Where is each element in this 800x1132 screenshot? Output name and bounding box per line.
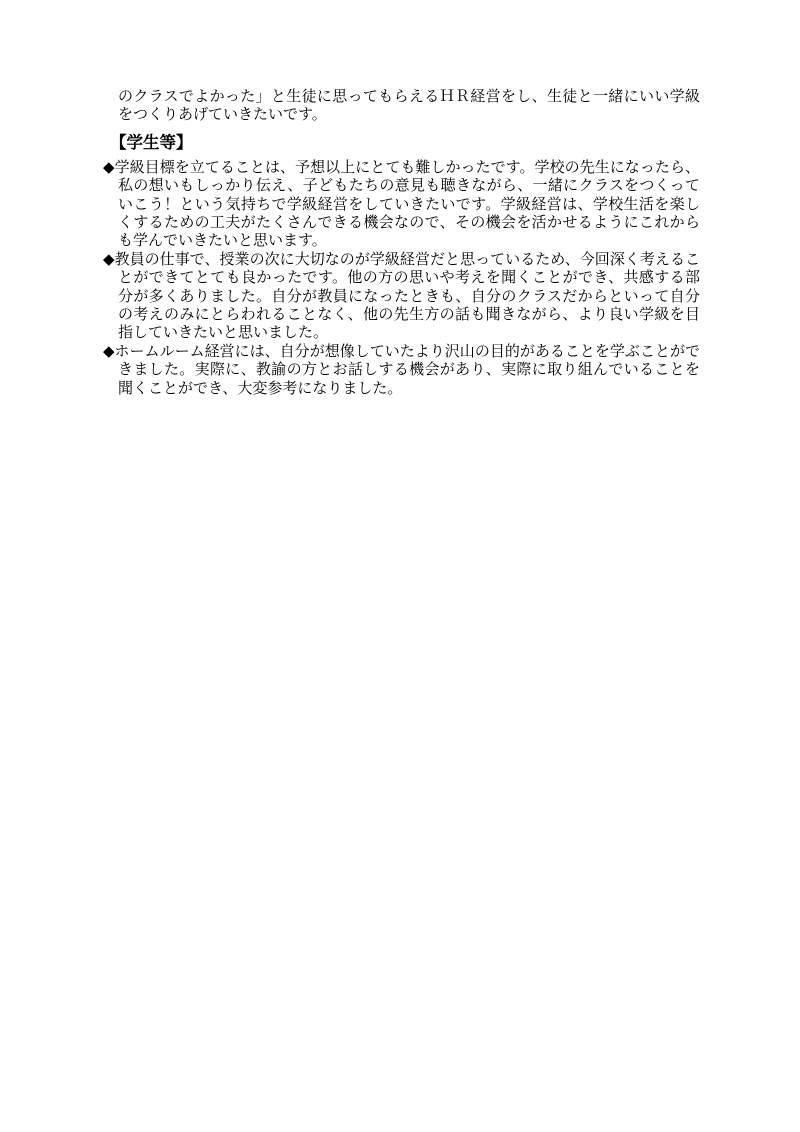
bullet-text-3: ホームルーム経営には、自分が想像していたより沢山の目的があることを学ぶことができ…	[115, 344, 700, 397]
section-heading-students: 【学生等】	[110, 132, 700, 154]
bullet-item-3: ◆ホームルーム経営には、自分が想像していたより沢山の目的があることを学ぶことがで…	[103, 343, 700, 398]
diamond-bullet-icon: ◆	[103, 160, 115, 176]
bullet-text-2: 教員の仕事で、授業の次に大切なのが学級経営だと思っているため、今回深く考えること…	[115, 252, 700, 342]
document-page: のクラスでよかった」と生徒に思ってもらえるＨＲ経営をし、生徒と一緒にいい学級をつ…	[0, 0, 800, 1132]
diamond-bullet-icon: ◆	[103, 344, 115, 360]
diamond-bullet-icon: ◆	[103, 252, 115, 268]
bullet-item-2: ◆教員の仕事で、授業の次に大切なのが学級経営だと思っているため、今回深く考えるこ…	[103, 251, 700, 343]
bullet-item-1: ◆学級目標を立てることは、予想以上にとても難しかったです。学校の先生になったら、…	[103, 159, 700, 251]
paragraph-continued-from-previous-page: のクラスでよかった」と生徒に思ってもらえるＨＲ経営をし、生徒と一緒にいい学級をつ…	[118, 88, 700, 125]
document-body: のクラスでよかった」と生徒に思ってもらえるＨＲ経営をし、生徒と一緒にいい学級をつ…	[103, 88, 700, 398]
bullet-text-1: 学級目標を立てることは、予想以上にとても難しかったです。学校の先生になったら、私…	[115, 160, 700, 250]
